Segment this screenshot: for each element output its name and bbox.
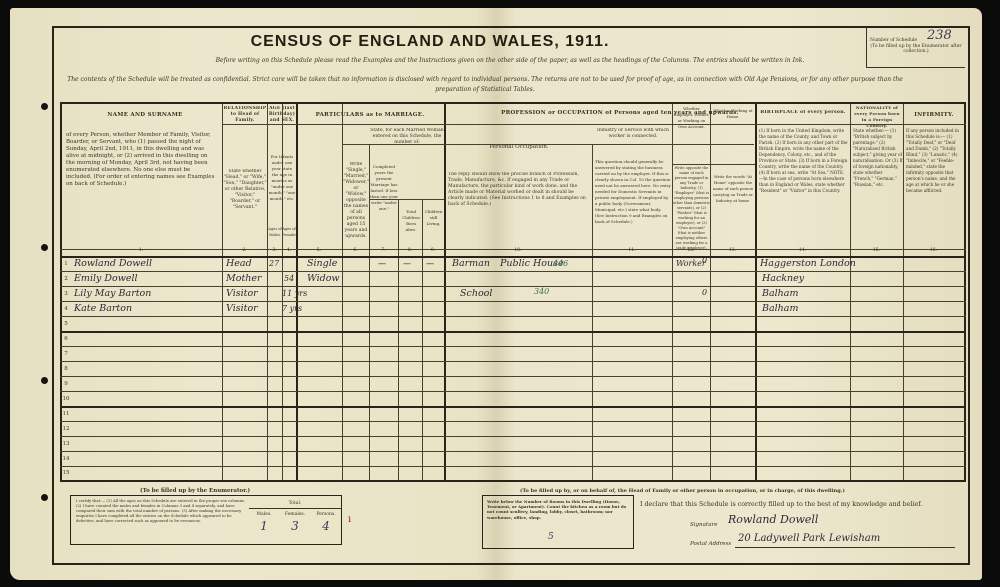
header-married-women: State, for each Married Woman entered on… <box>370 128 444 146</box>
punch-hole <box>41 377 48 384</box>
row-number: 1 <box>62 261 70 267</box>
row-number: 6 <box>62 336 70 342</box>
header-completed-years: Completed years the present Marriage has… <box>370 164 398 212</box>
cell-birthplace: Haggerston London <box>760 258 856 269</box>
schedule-number: 238 <box>927 28 952 43</box>
cell-name: Lily May Barton <box>74 288 151 299</box>
document-title: CENSUS OF ENGLAND AND WALES, 1911. <box>180 33 680 51</box>
header-industry: Industry or Service with which worker is… <box>594 128 672 140</box>
header-home-desc: Write the words "At Home" opposite the n… <box>712 174 754 204</box>
header-home: Whether Working at Home. <box>711 108 755 120</box>
header-personal-occupation: Personal Occupation. <box>446 144 592 150</box>
cell-marital: Widow <box>307 273 340 284</box>
signature-label: Signature <box>690 522 718 528</box>
total-persons: 4 <box>311 519 341 533</box>
row-number: 15 <box>62 470 70 476</box>
cell-occupation: School <box>460 288 492 299</box>
totals-box: Total. Males. Females. Persons. 1 3 4 <box>249 496 341 544</box>
declaration: I declare that this Schedule is correctl… <box>640 501 922 508</box>
col-number: 5. <box>296 248 342 253</box>
row-number: 13 <box>62 441 70 447</box>
header-total-born: Total Children Born Alive. <box>400 209 422 233</box>
header-name-desc: of every Person, whether Member of Famil… <box>66 132 216 188</box>
header-employer-desc: Write opposite the name of each person e… <box>673 166 710 251</box>
header-employer: Whether Employer, Worker, or Working on … <box>673 106 710 130</box>
header-still-living: Children still Living. <box>423 209 444 227</box>
cell-col9: — <box>426 259 434 268</box>
persons-label: Persons. <box>311 512 341 517</box>
header-nationality: NATIONALITY of every Person born in a Fo… <box>851 105 903 129</box>
row-number: 2 <box>62 276 70 282</box>
address-underline <box>735 547 955 548</box>
col-number: 16. <box>903 248 964 253</box>
cell-birthplace: Balham <box>762 303 798 314</box>
row-number: 7 <box>62 351 70 357</box>
header-marital-status: Write "Single," "Married," "Widower," or… <box>343 162 369 240</box>
cell-col7: — <box>378 259 386 268</box>
row-number: 4 <box>62 306 70 312</box>
household-table: NAME AND SURNAME of every Person, whethe… <box>60 102 966 482</box>
females-label: Females. <box>280 512 310 517</box>
instruction-ink: Before writing on this Schedule please r… <box>170 57 850 64</box>
header-birthplace-desc: (1) If born in the United Kingdom, write… <box>759 128 848 194</box>
cell-birthplace: Hackney <box>762 273 804 284</box>
punch-hole <box>41 103 48 110</box>
header-infirmity: INFIRMITY. <box>904 112 964 118</box>
col-number: 13. <box>710 248 755 253</box>
header-birthplace: BIRTHPLACE of every person. <box>757 110 849 116</box>
row-number: 5 <box>62 321 70 327</box>
total-females: 3 <box>280 519 310 533</box>
cell-age-female: 54 <box>284 274 294 283</box>
col-number: 4. <box>282 248 296 253</box>
cell-name: Emily Dowell <box>74 273 138 284</box>
head-section-title: (To be filled up by, or on behalf of, th… <box>520 488 845 494</box>
header-age: AGE (last Birthday) and SEX. <box>268 106 296 124</box>
header-age-females: Ages of Females. <box>282 226 296 238</box>
punch-hole <box>41 244 48 251</box>
row-number: 8 <box>62 366 70 372</box>
col-number: 2. <box>222 248 267 253</box>
header-marriage: PARTICULARS as to MARRIAGE. <box>297 112 443 118</box>
cell-name: Rowland Dowell <box>74 258 152 269</box>
col-number: 12. <box>672 248 710 253</box>
header-personal-occupation-desc: The reply should show the precise branch… <box>448 172 590 208</box>
header-name: NAME AND SURNAME <box>70 112 220 118</box>
row-number: 12 <box>62 426 70 432</box>
rooms-instruction: Write below the Number of Rooms in this … <box>487 499 629 520</box>
cell-relationship: Mother <box>226 273 262 284</box>
header-relationship: RELATIONSHIP to Head of Family. <box>223 106 267 124</box>
row-number: 3 <box>62 291 70 297</box>
col-number: 8. <box>398 248 422 253</box>
enumerator-certification: I certify that:— (1) All the ages on thi… <box>76 498 251 523</box>
col-number: 3. <box>267 248 282 253</box>
col-number: 10. <box>444 248 592 253</box>
cell-relationship: Visitor <box>226 288 258 299</box>
cell-occupation-code: 340 <box>534 287 549 296</box>
schedule-number-sub: (To be filled up by the Enumerator after… <box>870 44 962 54</box>
col-number: 1. <box>60 248 222 253</box>
col-number: 11. <box>592 248 672 253</box>
cell-relationship: Visitor <box>226 303 258 314</box>
col-number: 15. <box>850 248 903 253</box>
header-infirmity-desc: If any person included in this Schedule … <box>906 128 963 194</box>
rooms-count: 5 <box>548 532 554 542</box>
males-label: Males. <box>249 512 279 517</box>
schedule-number-box: Number of Schedule (To be filled up by t… <box>866 27 965 68</box>
totals-label: Total. <box>249 501 341 506</box>
cell-age-female: 7 yrs <box>282 304 302 313</box>
enumerator-box: I certify that:— (1) All the ages on thi… <box>70 495 342 545</box>
row-number: 14 <box>62 456 70 462</box>
header-nationality-desc: State whether:— (1) "British subject by … <box>853 128 903 188</box>
header-age-desc: For Infants under one year state the age… <box>268 154 296 202</box>
rooms-box: Write below the Number of Rooms in this … <box>482 495 634 549</box>
cell-employer-code: 0 <box>702 256 707 265</box>
cell-marital: Single <box>307 258 337 269</box>
enumerator-section-title: (To be filled up by the Enumerator.) <box>140 488 250 494</box>
row-number: 10 <box>62 396 70 402</box>
col-number: 14. <box>755 248 850 253</box>
signature: Rowland Dowell <box>728 513 818 526</box>
header-relationship-desc: State whether "Head," or "Wife," "Son," … <box>223 169 267 211</box>
row-number: 9 <box>62 381 70 387</box>
header-industry-desc: This question should generally be answer… <box>595 159 671 225</box>
address-label: Postal Address <box>690 541 731 547</box>
cell-age-female: 11 yrs <box>282 289 307 298</box>
cell-occupation-code: 446 <box>553 259 568 268</box>
cell-col8: — <box>403 259 411 268</box>
row-number: 11 <box>62 411 70 417</box>
col-number: 7. <box>369 248 398 253</box>
schedule-number-label: Number of Schedule <box>870 38 917 43</box>
cell-occupation: Barman <box>452 258 490 269</box>
cell-birthplace: Balham <box>762 288 798 299</box>
red-tick-mark: ı <box>348 514 351 525</box>
total-males: 1 <box>249 519 279 533</box>
header-age-males: Ages of Males. <box>268 226 282 238</box>
cell-employer-code: 0 <box>702 288 707 297</box>
col-number: 9. <box>422 248 444 253</box>
cell-age-male: 27 <box>269 259 279 268</box>
punch-hole <box>41 494 48 501</box>
instruction-confidential: The contents of the Schedule will be tre… <box>60 75 910 95</box>
cell-relationship: Head <box>226 258 252 269</box>
postal-address: 20 Ladywell Park Lewisham <box>738 533 880 544</box>
col-number: 6. <box>342 248 369 253</box>
cell-name: Kate Barton <box>74 303 132 314</box>
